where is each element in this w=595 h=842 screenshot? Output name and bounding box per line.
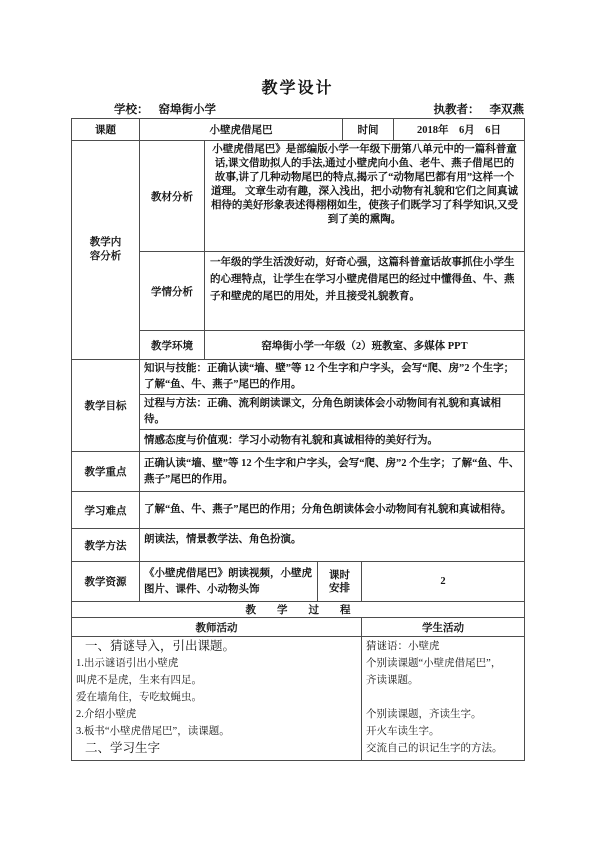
table-row: 教 学 过 程	[72, 602, 525, 618]
environment-label-cell: 教学环境	[140, 331, 205, 360]
student-activity-line: 开火车读生字。	[366, 723, 520, 740]
student-activity-line: 个别读课题“小壁虎借尾巴”，	[366, 655, 520, 672]
periods-label: 课时安排	[328, 569, 351, 595]
document-subheader: 学校：窑埠街小学 执教者：李双燕	[72, 101, 524, 117]
methods-label-cell: 教学方法	[72, 529, 140, 562]
student-activity-line: 猜谜语：小壁虎	[366, 638, 520, 655]
teacher-activity-line: 爱在墙角住，专吃蚊蝇虫。	[76, 689, 357, 706]
student-activity-line	[366, 689, 520, 706]
student-activity-line: 齐读课题。	[366, 672, 520, 689]
student-activity-line: 个别读课题，齐读生字。	[366, 706, 520, 723]
topic-value-cell: 小壁虎借尾巴	[140, 119, 343, 141]
learner-analysis-label-cell: 学情分析	[140, 252, 205, 331]
student-activity-cell: 猜谜语：小壁虎 个别读课题“小壁虎借尾巴”， 齐读课题。 个别读课题，齐读生字。…	[362, 637, 525, 761]
teacher-activity-cell: 一、猜谜导入，引出课题。 1.出示谜语引出小壁虎 叫虎不是虎，生来有四足。 爱在…	[72, 637, 362, 761]
difficulties-label-cell: 学习难点	[72, 492, 140, 529]
table-row: 学情分析 一年级的学生活泼好动，好奇心强，这篇科普童话故事抓住小学生的心理特点，…	[72, 252, 525, 331]
table-row: 教学资源 《小壁虎借尾巴》朗读视频，小壁虎图片、课件、小动物头饰 课时安排 2	[72, 562, 525, 602]
goals-knowledge-cell: 知识与技能：正确认读“墙、壁”等 12 个生字和户字头，会写“爬、房”2 个生字…	[140, 360, 525, 395]
periods-value-cell: 2	[362, 562, 525, 602]
instructor-label: 执教者：	[434, 104, 480, 116]
table-row: 过程与方法：正确、流利朗读课文，分角色朗读体会小动物间有礼貌和真诚相待。	[72, 395, 525, 430]
table-row: 学习难点 了解“鱼、牛、燕子”尾巴的作用；分角色朗读体会小动物间有礼貌和真诚相待…	[72, 492, 525, 529]
instructor-field: 执教者：李双燕	[434, 101, 525, 117]
goals-label-cell: 教学目标	[72, 360, 140, 452]
table-row: 教学内容分析 教材分析 小壁虎借尾巴》是部编版小学一年级下册第八单元中的一篇科普…	[72, 141, 525, 252]
teacher-activity-line: 二、学习生字	[76, 740, 357, 757]
resources-text-cell: 《小壁虎借尾巴》朗读视频，小壁虎图片、课件、小动物头饰	[140, 562, 318, 602]
student-activity-header-cell: 学生活动	[362, 618, 525, 637]
student-activity-line: 交流自己的识记生字的方法。	[366, 740, 520, 757]
table-row: 一、猜谜导入，引出课题。 1.出示谜语引出小壁虎 叫虎不是虎，生来有四足。 爱在…	[72, 637, 525, 761]
teacher-activity-header-cell: 教师活动	[72, 618, 362, 637]
table-row: 课题 小壁虎借尾巴 时间 2018年 6月 6日	[72, 119, 525, 141]
difficulties-text-cell: 了解“鱼、牛、燕子”尾巴的作用；分角色朗读体会小动物间有礼貌和真诚相待。	[140, 492, 525, 529]
table-row: 教学环境 窑埠街小学一年级（2）班教室、多媒体 PPT	[72, 331, 525, 360]
teacher-activity-line: 1.出示谜语引出小壁虎	[76, 655, 357, 672]
goals-process-cell: 过程与方法：正确、流利朗读课文，分角色朗读体会小动物间有礼貌和真诚相待。	[140, 395, 525, 430]
content-analysis-group-cell: 教学内容分析	[72, 141, 140, 360]
table-row: 情感态度与价值观：学习小动物有礼貌和真诚相待的美好行为。	[72, 430, 525, 452]
instructor-name: 李双燕	[490, 104, 525, 116]
school-field: 学校：窑埠街小学	[72, 101, 216, 117]
document-title: 教学设计	[0, 75, 595, 98]
document-page: 教学设计 学校：窑埠街小学 执教者：李双燕 课题 小壁虎借尾巴 时间 2018年…	[0, 0, 595, 842]
table-row: 教师活动 学生活动	[72, 618, 525, 637]
time-value-cell: 2018年 6月 6日	[394, 119, 525, 141]
methods-text-cell: 朗读法，情景教学法、角色扮演。	[140, 529, 525, 562]
teacher-activity-line: 一、猜谜导入，引出课题。	[76, 638, 357, 655]
periods-label-cell: 课时安排	[318, 562, 362, 602]
material-analysis-label-cell: 教材分析	[140, 141, 205, 252]
table-row: 教学重点 正确认读“墙、壁”等 12 个生字和户字头，会写“爬、房”2 个生字；…	[72, 452, 525, 492]
key-points-label-cell: 教学重点	[72, 452, 140, 492]
time-label-cell: 时间	[343, 119, 394, 141]
school-label: 学校：	[114, 104, 149, 116]
process-header-cell: 教 学 过 程	[72, 602, 525, 618]
lesson-plan-table: 课题 小壁虎借尾巴 时间 2018年 6月 6日 教学内容分析 教材分析 小壁虎…	[71, 118, 525, 761]
environment-text-cell: 窑埠街小学一年级（2）班教室、多媒体 PPT	[205, 331, 525, 360]
table-row: 教学目标 知识与技能：正确认读“墙、壁”等 12 个生字和户字头，会写“爬、房”…	[72, 360, 525, 395]
resources-label-cell: 教学资源	[72, 562, 140, 602]
learner-analysis-text-cell: 一年级的学生活泼好动，好奇心强，这篇科普童话故事抓住小学生的心理特点，让学生在学…	[205, 252, 525, 331]
table-row: 教学方法 朗读法，情景教学法、角色扮演。	[72, 529, 525, 562]
key-points-text-cell: 正确认读“墙、壁”等 12 个生字和户字头，会写“爬、房”2 个生字；了解“鱼、…	[140, 452, 525, 492]
teacher-activity-line: 2.介绍小壁虎	[76, 706, 357, 723]
teacher-activity-line: 3.板书“小壁虎借尾巴”，读课题。	[76, 723, 357, 740]
school-name: 窑埠街小学	[159, 104, 217, 116]
content-analysis-group-label: 教学内容分析	[88, 236, 123, 264]
goals-emotion-cell: 情感态度与价值观：学习小动物有礼貌和真诚相待的美好行为。	[140, 430, 525, 452]
topic-label-cell: 课题	[72, 119, 140, 141]
teacher-activity-line: 叫虎不是虎，生来有四足。	[76, 672, 357, 689]
material-analysis-text-cell: 小壁虎借尾巴》是部编版小学一年级下册第八单元中的一篇科普童话,课文借助拟人的手法…	[205, 141, 525, 252]
